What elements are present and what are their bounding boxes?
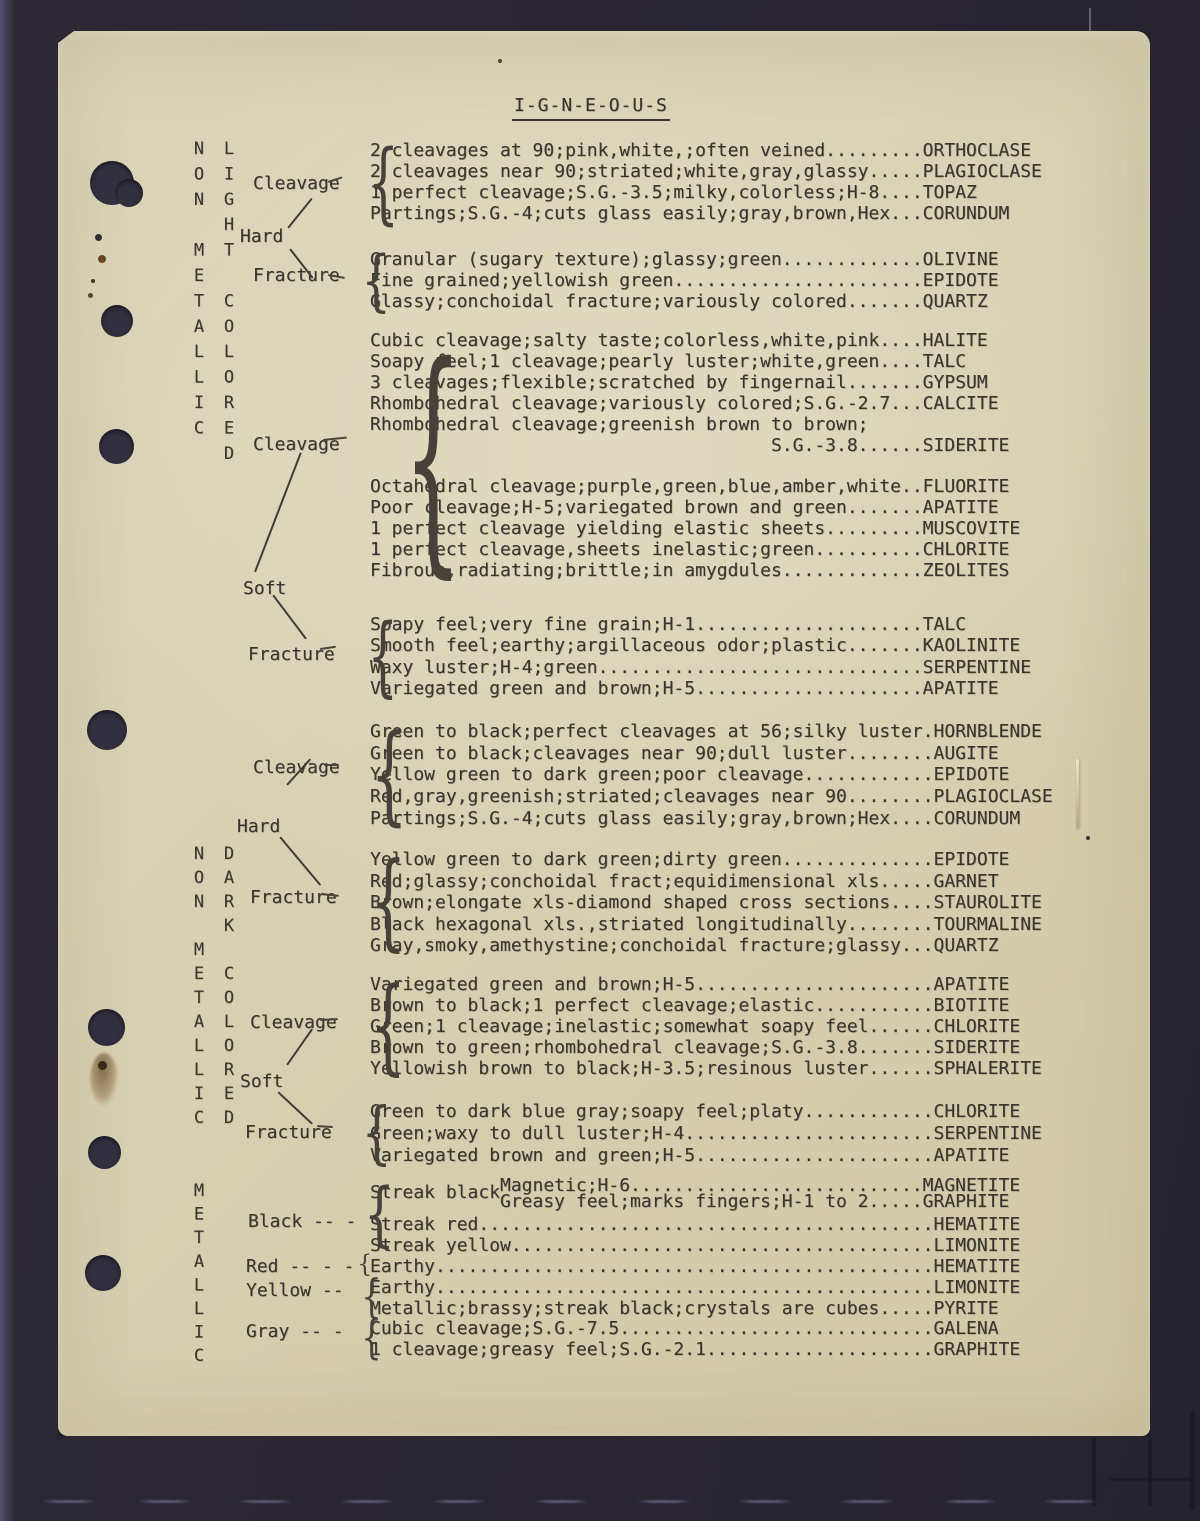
margin-label-dark-non-metallic: NON METALLIC (189, 844, 209, 1132)
ink-speck (498, 59, 502, 63)
tree-connector-line (287, 198, 312, 229)
key-line: Green to dark blue gray;soapy feel;platy… (370, 1101, 1042, 1123)
key-line: Green;waxy to dull luster;H-4...........… (370, 1123, 1042, 1145)
label-dark-soft-cleavage: Cleavage (250, 1013, 337, 1033)
punch-hole (88, 1136, 121, 1169)
ink-speck (91, 279, 95, 283)
punch-hole (99, 429, 134, 464)
label-light-hard: Hard (240, 227, 283, 247)
group-brace: { (362, 1097, 392, 1169)
ink-speck (95, 234, 102, 241)
group-brace: { (364, 1177, 395, 1251)
scratch-mark (534, 1500, 588, 1503)
punch-hole (88, 1009, 125, 1046)
tree-connector-line (279, 836, 321, 886)
mineral-key-block-dark-soft-fracture: Green to dark blue gray;soapy feel;platy… (370, 1101, 1042, 1167)
scanned-document-screenshot: { "page_title": "I-G-N-E-O-U-S", "colors… (0, 0, 1200, 1521)
mineral-key-block-dark-hard-cleavage: Green to black;perfect cleavages at 56;s… (370, 721, 1053, 830)
margin-label-dark-colored: DARK COLORED (219, 844, 239, 1132)
label-light-hard-cleavage: Cleavage (253, 174, 340, 194)
group-brace: { (370, 971, 406, 1080)
key-line: Rhombohedral cleavage;variously colored;… (370, 393, 1009, 414)
key-line: 2 cleavages near 90;striated;white,gray,… (370, 161, 1042, 182)
group-brace: { (403, 327, 462, 585)
mineral-key-block-light-hard-cleavage: 2 cleavages at 90;pink,white,;often vein… (370, 140, 1042, 224)
label-metallic-yellow: Yellow -- (246, 1281, 344, 1301)
key-line: Metallic;brassy;streak black;crystals ar… (370, 1298, 1020, 1319)
scratch-mark (637, 1500, 691, 1503)
background-emboss-line (1092, 1438, 1096, 1506)
key-line: Gray,smoky,amethystine;conchoidal fractu… (370, 935, 1042, 957)
group-brace: { (368, 610, 399, 702)
mineral-key-block-dark-hard-fracture: Yellow green to dark green;dirty green..… (370, 849, 1042, 957)
background-emboss-line (1148, 1440, 1152, 1506)
key-line: Rhombohedral cleavage;greenish brown to … (370, 414, 1009, 435)
group-brace: { (361, 1313, 381, 1361)
key-line: Yellow green to dark green;poor cleavage… (370, 764, 1053, 786)
margin-label-light-non-metallic: NON METALLIC (189, 139, 209, 444)
key-line: Poor cleavage;H-5;variegated brown and g… (370, 497, 1020, 518)
key-line: Earthy..................................… (370, 1256, 1020, 1277)
label-metallic-gray: Gray -- - (246, 1322, 344, 1342)
mineral-key-block-dark-soft-cleavage: Variegated green and brown;H-5..........… (370, 974, 1042, 1079)
key-line: Yellow green to dark green;dirty green..… (370, 849, 1042, 871)
label-light-soft: Soft (243, 579, 286, 599)
mineral-key-block-light-hard-fracture: Granular (sugary texture);glassy;green..… (370, 249, 999, 312)
key-line: Cubic cleavage;salty taste;colorless,whi… (370, 330, 1009, 351)
key-line: Brown;elongate xls-diamond shaped cross … (370, 892, 1042, 914)
scratch-mark (42, 1500, 96, 1503)
scratch-mark (238, 1500, 292, 1503)
key-line: Smooth feel;earthy;argillaceous odor;pla… (370, 635, 1031, 656)
key-line: Partings;S.G.-4;cuts glass easily;gray,b… (370, 808, 1053, 830)
scratch-mark (840, 1500, 894, 1503)
label-dark-soft: Soft (240, 1072, 283, 1092)
label-metallic-black: Black -- - (248, 1212, 356, 1232)
key-line: 1 cleavage;greasy feel;S.G.-2.1.........… (370, 1339, 1020, 1360)
scratch-mark (943, 1500, 997, 1503)
mineral-key-block-metallic-red: Earthy..................................… (370, 1256, 1020, 1277)
ink-speck (1086, 836, 1090, 840)
tree-connector-line (286, 1028, 313, 1065)
margin-label-metallic: METALLIC (189, 1181, 209, 1370)
key-line: Granular (sugary texture);glassy;green..… (370, 249, 999, 270)
key-line: Black hexagonal xls.,striated longitudin… (370, 914, 1042, 936)
key-line: Brown to black;1 perfect cleavage;elasti… (370, 995, 1042, 1016)
ink-speck (98, 1061, 107, 1070)
key-line: Yellowish brown to black;H-3.5;resinous … (370, 1058, 1042, 1079)
key-line: S.G.-3.8......SIDERITE (370, 435, 1009, 456)
key-line: Fine grained;yellowish green............… (370, 270, 999, 291)
key-line: Red;glassy;conchoidal fract;equidimensio… (370, 871, 1042, 893)
tree-connector-line (254, 452, 302, 572)
page-title: I-G-N-E-O-U-S (512, 95, 670, 121)
punch-hole (115, 179, 143, 207)
key-line: 3 cleavages;flexible;scratched by finger… (370, 372, 1009, 393)
mineral-key-block-metallic-gray: Cubic cleavage;S.G.-7.5.................… (370, 1318, 1020, 1360)
group-brace: { (370, 718, 408, 831)
scratch-mark (432, 1500, 486, 1503)
key-line: Partings;S.G.-4;cuts glass easily;gray,b… (370, 203, 1042, 224)
group-brace: { (361, 245, 391, 315)
mineral-key-block-metallic-yellow: Earthy..................................… (370, 1277, 1020, 1319)
scratch-mark (738, 1500, 792, 1503)
scratch-mark (1043, 1500, 1097, 1503)
key-line: Green to black;cleavages near 90;dull lu… (370, 743, 1053, 765)
background-emboss-line (1190, 1412, 1195, 1510)
label-dark-hard: Hard (237, 817, 280, 837)
tree-connector-line (277, 1091, 313, 1125)
key-line: Streak red..............................… (370, 1215, 1020, 1236)
group-brace: { (370, 846, 407, 956)
connector-dash (324, 764, 339, 766)
tree-connector-line (272, 594, 307, 639)
mineral-key-block-light-soft-cleavage-b: Octahedral cleavage;purple,green,blue,am… (370, 476, 1020, 581)
key-line: Soapy feel;1 cleavage;pearly luster;whit… (370, 351, 1009, 372)
key-line: 1 perfect cleavage,sheets inelastic;gree… (370, 539, 1020, 560)
key-line: Glassy;conchoidal fracture;variously col… (370, 291, 999, 312)
punch-hole (101, 305, 133, 337)
label-dark-hard-fracture: Fracture (250, 888, 337, 908)
scratch-mark (340, 1500, 394, 1503)
key-line: Red,gray,greenish;striated;cleavages nea… (370, 786, 1053, 808)
group-brace: { (368, 136, 399, 230)
document-page: I-G-N-E-O-U-S NON METALLIC LIGHT COLORED… (58, 31, 1150, 1436)
key-line: Soapy feel;very fine grain;H-1..........… (370, 614, 1031, 635)
margin-label-light-colored: LIGHT COLORED (219, 139, 239, 469)
key-line: Cubic cleavage;S.G.-7.5.................… (370, 1318, 1020, 1339)
key-line: Variegated brown and green;H-5..........… (370, 1145, 1042, 1167)
label-light-hard-fracture: Fracture (253, 266, 340, 286)
key-line: Greasy feel;marks fingers;H-1 to 2.....G… (500, 1194, 1020, 1210)
key-line: Octahedral cleavage;purple,green,blue,am… (370, 476, 1020, 497)
key-line: 1 perfect cleavage;S.G.-3.5;milky,colorl… (370, 182, 1042, 203)
key-line: Green to black;perfect cleavages at 56;s… (370, 721, 1053, 743)
key-line: Green;1 cleavage;inelastic;somewhat soap… (370, 1016, 1042, 1037)
key-line: 1 perfect cleavage yielding elastic shee… (370, 518, 1020, 539)
mineral-key-block-metallic-black-sub: Magnetic;H-6...........................M… (500, 1178, 1020, 1209)
key-line: Streak yellow...........................… (370, 1236, 1020, 1257)
punch-hole (87, 710, 127, 750)
key-line: 2 cleavages at 90;pink,white,;often vein… (370, 140, 1042, 161)
background-emboss-line (1110, 1478, 1192, 1481)
punch-hole (85, 1255, 121, 1291)
book-spine-edge (0, 0, 15, 1521)
paper-crease (1076, 759, 1079, 829)
key-line: Fibrous,radiating;brittle;in amygdules..… (370, 560, 1020, 581)
mineral-key-block-light-soft-cleavage-a: Cubic cleavage;salty taste;colorless,whi… (370, 330, 1009, 456)
scratch-mark (138, 1500, 192, 1503)
ink-speck (88, 293, 93, 298)
key-line: Variegated green and brown;H-5..........… (370, 678, 1031, 699)
ink-speck (98, 255, 106, 263)
key-line: Brown to green;rhombohedral cleavage;S.G… (370, 1037, 1042, 1058)
mineral-key-block-metallic-streak: Streak red..............................… (370, 1215, 1020, 1256)
label-metallic-red: Red -- - - (246, 1257, 354, 1277)
mineral-key-block-light-soft-fracture: Soapy feel;very fine grain;H-1..........… (370, 614, 1031, 699)
key-line: Variegated green and brown;H-5..........… (370, 974, 1042, 995)
key-line: Earthy..................................… (370, 1277, 1020, 1298)
key-line: Waxy luster;H-4;green...................… (370, 657, 1031, 678)
